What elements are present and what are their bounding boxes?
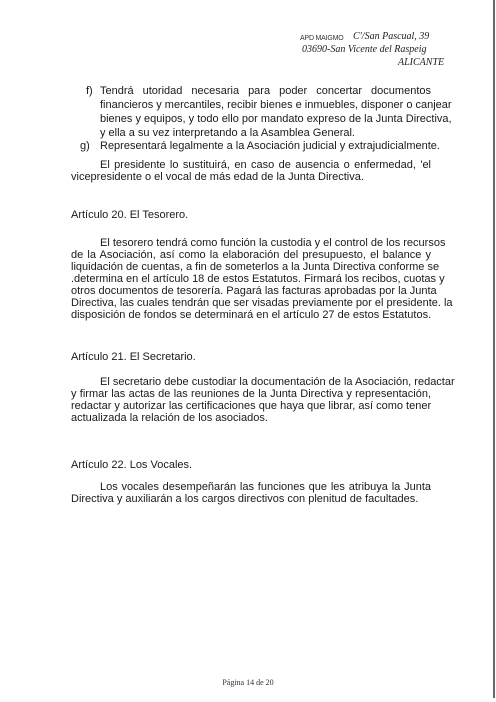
article-20-title: Artículo 20. El Tesorero.: [71, 209, 188, 221]
address-city: 03690-San Vicente del Raspeig: [302, 43, 427, 56]
list-item-g: g) Representará legalmente a la Asociaci…: [80, 139, 425, 153]
presidente-paragraph: El presidente lo sustituirá, en caso de …: [71, 159, 431, 183]
list-marker: f): [86, 84, 93, 98]
paragraph-line: y firmar las actas de las reuniones de l…: [71, 388, 431, 400]
paragraph-line: vicepresidente o el vocal de más edad de…: [71, 171, 431, 183]
address-province: ALICANTE: [398, 56, 444, 69]
paragraph-line: .determina en el artículo 18 de estos Es…: [71, 273, 431, 285]
list-item-f: f) Tendrá utoridad necesaria para poder …: [86, 84, 431, 140]
page-number: Página 14 de 20: [0, 678, 496, 687]
paragraph-line: liquidación de cuentas, a fin de someter…: [71, 261, 431, 273]
paragraph-line: Directiva y auxiliarán a los cargos dire…: [71, 493, 431, 505]
paragraph-line: El secretario debe custodiar la document…: [71, 376, 431, 388]
article-22-title: Artículo 22. Los Vocales.: [71, 459, 192, 471]
paragraph-line: Directiva, las cuales tendrán que ser vi…: [71, 297, 431, 309]
paragraph-line: otros documentos de tesorería. Pagará la…: [71, 285, 431, 297]
list-line: Representará legalmente a la Asociación …: [100, 139, 425, 153]
article-22-body: Los vocales desempeñarán las funciones q…: [71, 481, 431, 505]
paragraph-line: El tesorero tendrá como función la custo…: [71, 237, 431, 249]
paragraph-line: El presidente lo sustituirá, en caso de …: [71, 159, 431, 171]
paragraph-line: redactar y autorizar las certificaciones…: [71, 400, 431, 412]
page-edge-line: [493, 0, 495, 698]
list-line: bienes y equipos, y todo ello por mandat…: [100, 112, 431, 126]
article-21-body: El secretario debe custodiar la document…: [71, 376, 431, 424]
paragraph-line: actualizada la relación de los asociados…: [71, 412, 431, 424]
article-21-title: Artículo 21. El Secretario.: [71, 351, 196, 363]
paragraph-line: Los vocales desempeñarán las funciones q…: [71, 481, 431, 493]
article-20-body: El tesorero tendrá como función la custo…: [71, 237, 431, 321]
paragraph-line: de la Asociación, así como la elaboració…: [71, 249, 431, 261]
list-line: Tendrá utoridad necesaria para poder con…: [100, 84, 431, 98]
paragraph-line: disposición de fondos se determinará en …: [71, 309, 431, 321]
list-line: y ella a su vez interpretando a la Asamb…: [100, 126, 431, 140]
list-line: financieros y mercantiles, recibir biene…: [100, 98, 431, 112]
address-street: C'/San Pascual, 39: [353, 30, 429, 43]
list-marker: g): [80, 139, 90, 153]
